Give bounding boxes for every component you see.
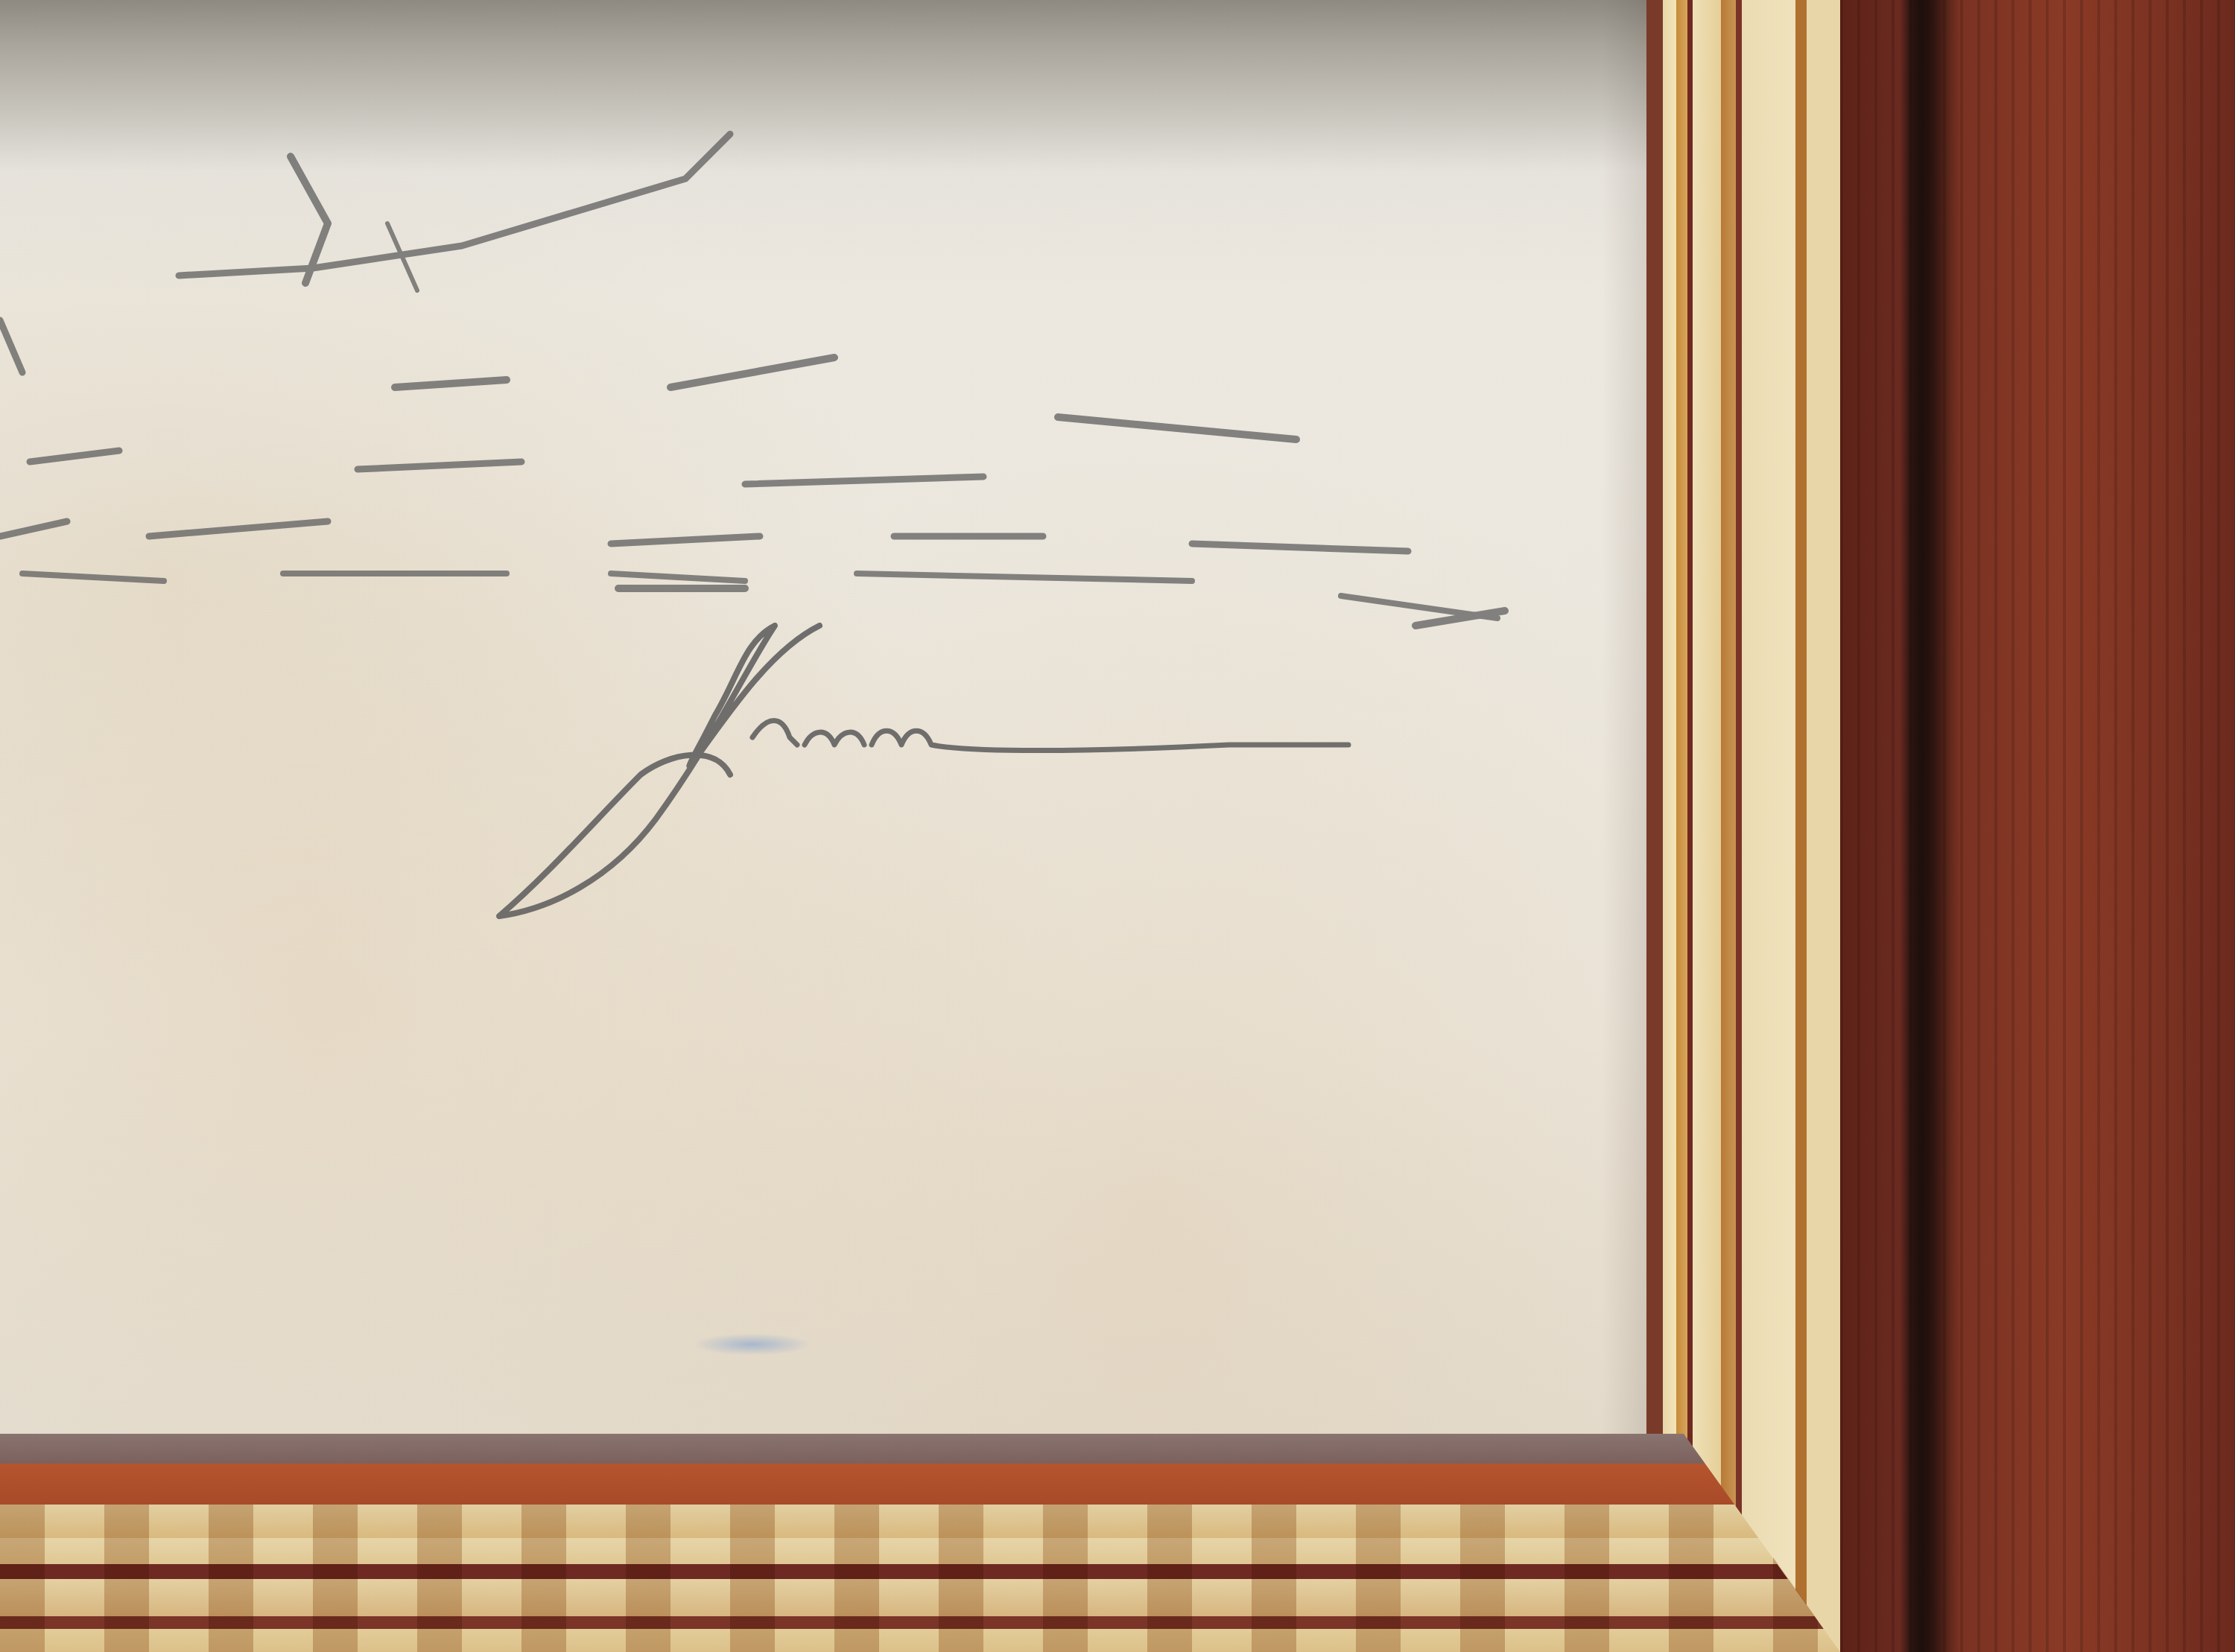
frame-gilt-molding-right xyxy=(1646,0,1840,1652)
frame-gilt-texture-bottom xyxy=(0,1505,1840,1652)
frame-wood-right xyxy=(1840,0,2235,1652)
blue-pencil-mark xyxy=(693,1333,812,1356)
pencil-sketch xyxy=(0,0,1646,1434)
artist-signature xyxy=(499,626,1348,916)
framed-drawing-photo: Corner of a framed antique pencil drawin… xyxy=(0,0,2235,1652)
